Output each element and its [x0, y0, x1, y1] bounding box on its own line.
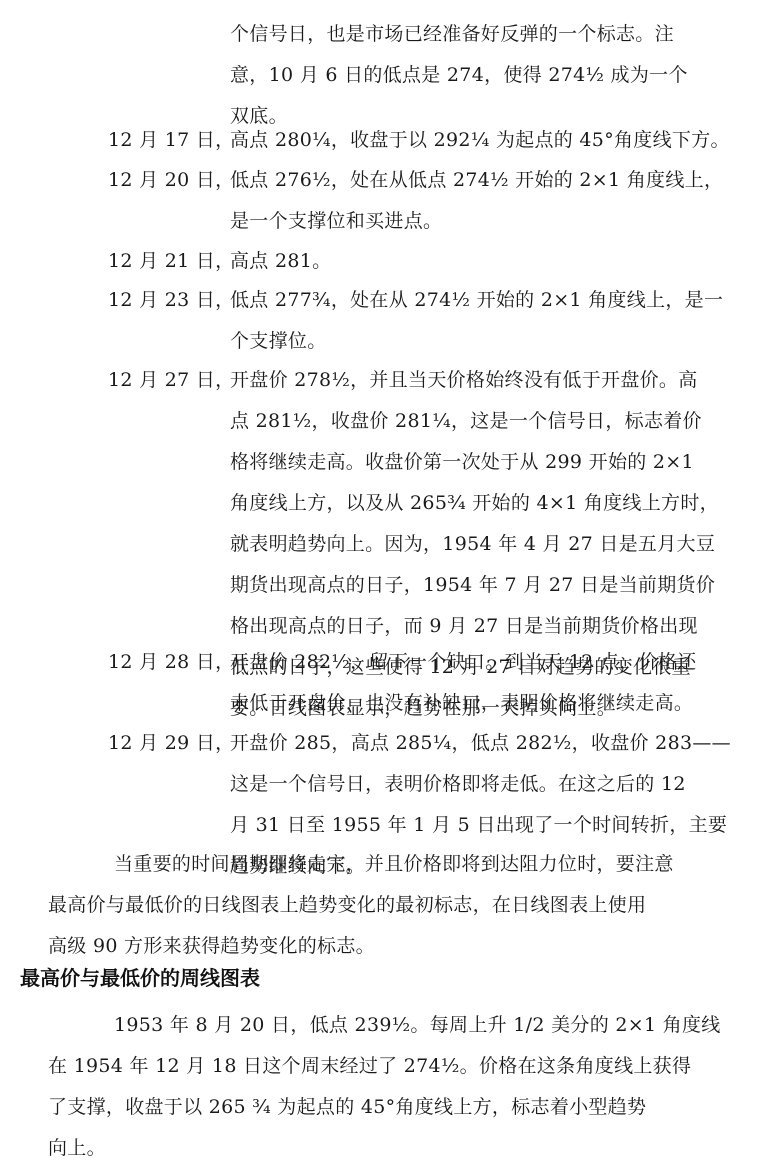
entry-body: 开盘价 282½，留下一个缺口。到当天 12 点，价格还 未低于开盘价，也没有补… — [230, 642, 735, 724]
text-line: 未低于开盘价，也没有补缺口，表明价格将继续走高。 — [230, 683, 735, 724]
text-line: 就表明趋势向上。因为，1954 年 4 月 27 日是五月大豆 — [230, 524, 735, 565]
text-line: 角度线上方，以及从 265¾ 开始的 4×1 角度线上方时， — [230, 483, 735, 524]
text-line: 格出现高点的日子，而 9 月 27 日是当前期货价格出现 — [230, 606, 735, 647]
entry-body: 高点 281。 — [230, 241, 735, 282]
entry-date: 12 月 29 日， — [108, 723, 234, 764]
text-line: 这是一个信号日，表明价格即将走低。在这之后的 12 — [230, 764, 735, 805]
section-heading: 最高价与最低价的周线图表 — [20, 963, 260, 993]
document-page: 个信号日，也是市场已经准备好反弹的一个标志。注 意，10 月 6 日的低点是 2… — [0, 0, 758, 1166]
text-line: 月 31 日至 1955 年 1 月 5 日出现了一个时间转折，主要 — [230, 805, 735, 846]
text-line: 是一个支撑位和买进点。 — [230, 201, 735, 242]
text-line: 在 1954 年 12 月 18 日这个周末经过了 274½。价格在这条角度线上… — [48, 1046, 738, 1087]
text-line: 高级 90 方形来获得趋势变化的标志。 — [48, 926, 738, 967]
entry-body: 低点 276½，处在从低点 274½ 开始的 2×1 角度线上， 是一个支撑位和… — [230, 160, 735, 242]
entry-dec-17: 12 月 17 日， 高点 280¼，收盘于以 292¼ 为起点的 45°角度线… — [108, 120, 748, 161]
text-line: 个信号日，也是市场已经准备好反弹的一个标志。注 — [230, 14, 735, 55]
body-paragraph: 1953 年 8 月 20 日，低点 239½。每周上升 1/2 美分的 2×1… — [48, 1005, 738, 1166]
text-line: 最高价与最低价的日线图表上趋势变化的最初标志，在日线图表上使用 — [48, 885, 738, 926]
text-line: 开盘价 282½，留下一个缺口。到当天 12 点，价格还 — [230, 642, 735, 683]
text-line: 个支撑位。 — [230, 321, 735, 362]
entry-dec-20: 12 月 20 日， 低点 276½，处在从低点 274½ 开始的 2×1 角度… — [108, 160, 748, 242]
text-line: 期货出现高点的日子，1954 年 7 月 27 日是当前期货价 — [230, 565, 735, 606]
text-line: 开盘价 278½，并且当天价格始终没有低于开盘价。高 — [230, 360, 735, 401]
entry-dec-21: 12 月 21 日， 高点 281。 — [108, 241, 748, 282]
entry-date: 12 月 21 日， — [108, 241, 234, 282]
entry-dec-23: 12 月 23 日， 低点 277¾，处在从 274½ 开始的 2×1 角度线上… — [108, 280, 748, 362]
entry-date: 12 月 17 日， — [108, 120, 234, 161]
text-line: 低点 277¾，处在从 274½ 开始的 2×1 角度线上，是一 — [230, 280, 735, 321]
entry-date: 12 月 27 日， — [108, 360, 234, 401]
text-line: 意，10 月 6 日的低点是 274，使得 274½ 成为一个 — [230, 55, 735, 96]
text-line: 1953 年 8 月 20 日，低点 239½。每周上升 1/2 美分的 2×1… — [48, 1005, 738, 1046]
text-line: 点 281½，收盘价 281¼，这是一个信号日，标志着价 — [230, 401, 735, 442]
text-line: 高点 280¼，收盘于以 292¼ 为起点的 45°角度线下方。 — [230, 120, 735, 161]
continuation-block: 个信号日，也是市场已经准备好反弹的一个标志。注 意，10 月 6 日的低点是 2… — [108, 14, 748, 137]
text-line: 了支撑，收盘于以 265 ¾ 为起点的 45°角度线上方，标志着小型趋势 — [48, 1087, 738, 1128]
body-paragraph: 当重要的时间周期即将走完，并且价格即将到达阻力位时，要注意 最高价与最低价的日线… — [48, 844, 738, 967]
text-line: 向上。 — [48, 1128, 738, 1166]
entry-date: 12 月 20 日， — [108, 160, 234, 201]
entry-date: 12 月 28 日， — [108, 642, 234, 683]
text-line: 高点 281。 — [230, 241, 735, 282]
entry-dec-28: 12 月 28 日， 开盘价 282½，留下一个缺口。到当天 12 点，价格还 … — [108, 642, 748, 724]
entry-date: 12 月 23 日， — [108, 280, 234, 321]
entry-body: 高点 280¼，收盘于以 292¼ 为起点的 45°角度线下方。 — [230, 120, 735, 161]
entry-body: 低点 277¾，处在从 274½ 开始的 2×1 角度线上，是一 个支撑位。 — [230, 280, 735, 362]
text-line: 格将继续走高。收盘价第一次处于从 299 开始的 2×1 — [230, 442, 735, 483]
text-line: 开盘价 285，高点 285¼，低点 282½，收盘价 283—— — [230, 723, 735, 764]
text-line: 低点 276½，处在从低点 274½ 开始的 2×1 角度线上， — [230, 160, 735, 201]
entry-body: 个信号日，也是市场已经准备好反弹的一个标志。注 意，10 月 6 日的低点是 2… — [230, 14, 735, 137]
text-line: 当重要的时间周期即将走完，并且价格即将到达阻力位时，要注意 — [48, 844, 738, 885]
